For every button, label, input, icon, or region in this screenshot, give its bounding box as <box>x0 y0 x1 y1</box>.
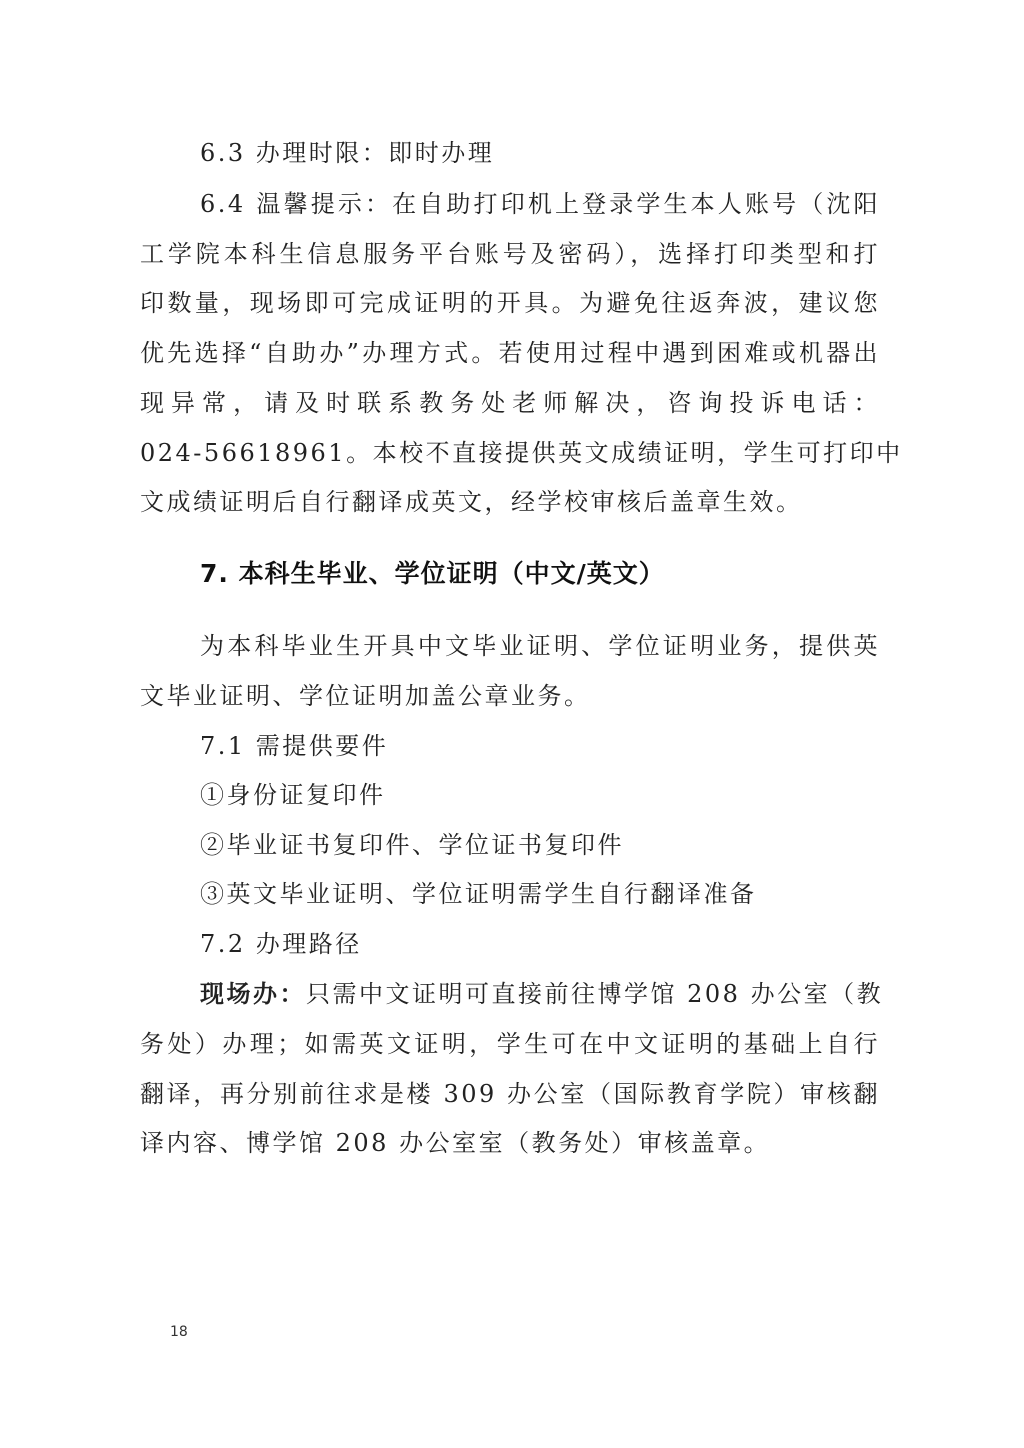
section-6-4-line-3: 印数量，现场即可完成证明的开具。为避免往返奔波，建议您 <box>140 287 880 319</box>
section-7-2-line-4: 译内容、博学馆 208 办公室室（教务处）审核盖章。 <box>140 1127 880 1159</box>
section-6-4-line-5: 现异常，请及时联系教务处老师解决，咨询投诉电话： <box>140 387 880 419</box>
section-7-2-line-2: 务处）办理；如需英文证明，学生可在中文证明的基础上自行 <box>140 1028 880 1060</box>
section-7-2-line-3: 翻译，再分别前往求是楼 309 办公室（国际教育学院）审核翻 <box>140 1078 880 1110</box>
section-7-2-line-1: 现场办：只需中文证明可直接前往博学馆 208 办公室（教 <box>200 978 880 1010</box>
section-7-2-title: 7.2 办理路径 <box>200 928 880 960</box>
requirement-item-1: ①身份证复印件 <box>200 779 880 811</box>
section-7-intro-line-1: 为本科毕业生开具中文毕业证明、学位证明业务，提供英 <box>200 630 880 662</box>
page-number: 18 <box>170 1324 188 1340</box>
onsite-label: 现场办： <box>200 978 306 1010</box>
section-6-4-line-1: 6.4 温馨提示：在自助打印机上登录学生本人账号（沈阳 <box>200 188 880 220</box>
section-6-4-line-6: 024-56618961。本校不直接提供英文成绩证明，学生可打印中 <box>140 437 880 469</box>
requirement-item-3: ③英文毕业证明、学位证明需学生自行翻译准备 <box>200 878 880 910</box>
onsite-text: 只需中文证明可直接前往博学馆 208 办公室（教 <box>306 978 883 1010</box>
section-6-4-line-7: 文成绩证明后自行翻译成英文，经学校审核后盖章生效。 <box>140 486 880 518</box>
requirement-item-2: ②毕业证书复印件、学位证书复印件 <box>200 829 880 861</box>
section-7-heading: 7. 本科生毕业、学位证明（中文/英文） <box>200 558 665 590</box>
section-6-3-time-limit: 6.3 办理时限：即时办理 <box>200 137 880 169</box>
section-6-4-line-4: 优先选择“自助办”办理方式。若使用过程中遇到困难或机器出 <box>140 337 880 369</box>
section-7-intro-line-2: 文毕业证明、学位证明加盖公章业务。 <box>140 680 880 712</box>
document-page: 6.3 办理时限：即时办理 6.4 温馨提示：在自助打印机上登录学生本人账号（沈… <box>0 0 1024 1448</box>
section-6-4-line-2: 工学院本科生信息服务平台账号及密码），选择打印类型和打 <box>140 238 880 270</box>
section-7-1-title: 7.1 需提供要件 <box>200 730 880 762</box>
